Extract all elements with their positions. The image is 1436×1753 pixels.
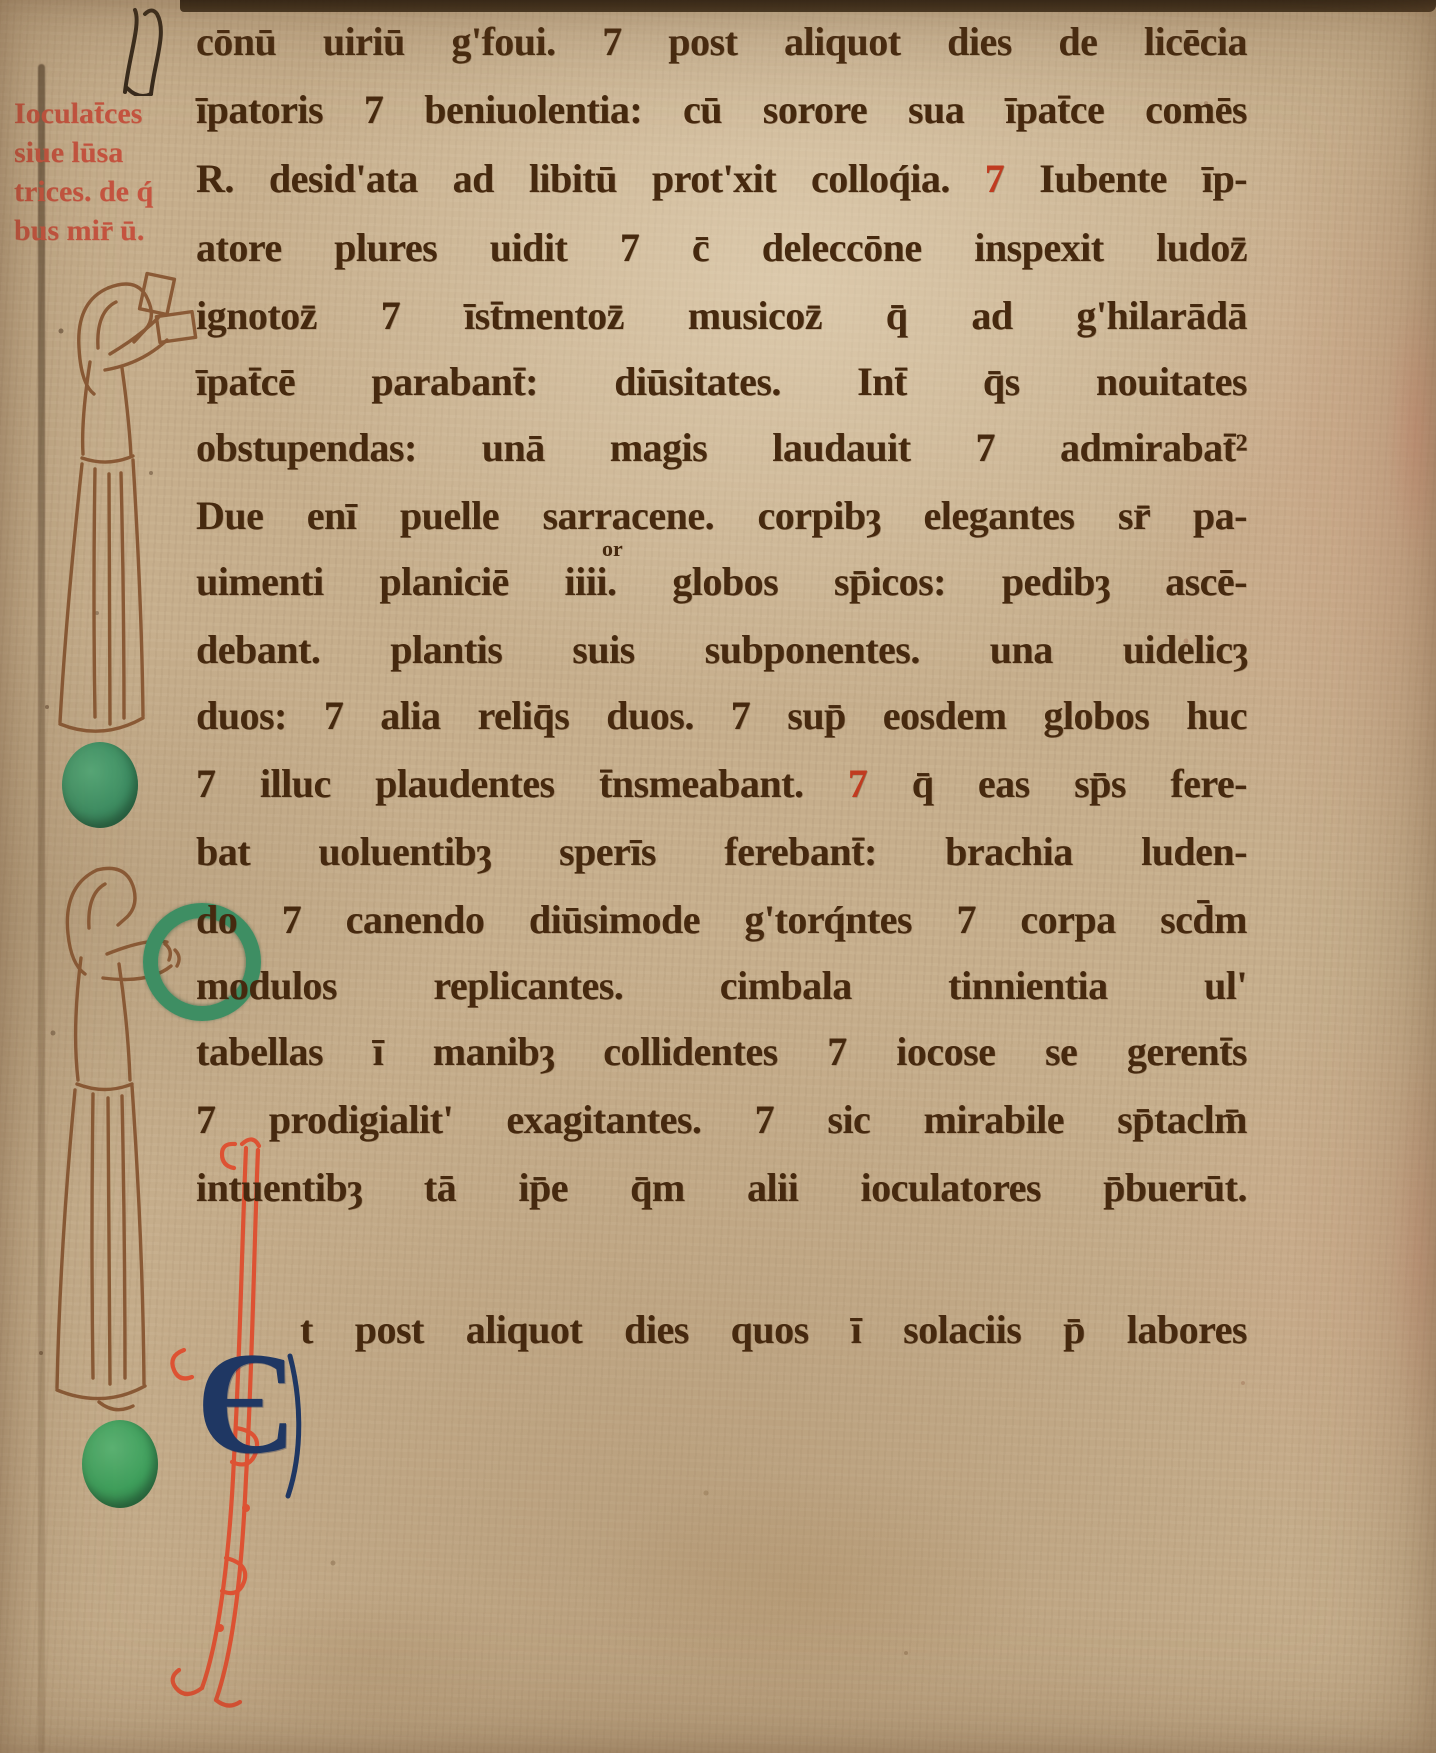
green-ball bbox=[82, 1420, 158, 1508]
text-line-with-initial: t post aliquot dies quos ī solaciis p̄ l… bbox=[300, 1306, 1247, 1370]
text-line: intuentibȝ tā ip̄e q̄m alii ioculatores … bbox=[196, 1164, 1247, 1228]
rubric-line: siue lūsa bbox=[14, 133, 198, 172]
text-line: 7 illuc plaudentes t̄nsmeabant. 7 q̄ eas… bbox=[196, 760, 1247, 824]
text-line: obstupendas: unā magis laudauit 7 admira… bbox=[196, 424, 1247, 488]
superscript-abbreviation: or bbox=[602, 536, 623, 562]
text-segment: R. desid'ata ad libitū prot'xit colloq́i… bbox=[196, 156, 985, 201]
text-line: uimenti planiciē iiii. globos sp̄icos: p… bbox=[196, 558, 1247, 622]
green-ball bbox=[62, 742, 138, 828]
pen-flourish-top bbox=[95, 4, 185, 96]
initial-tail-stroke bbox=[282, 1352, 324, 1502]
text-line: do 7 canendo diūsimode g'torq́ntes 7 cor… bbox=[196, 896, 1247, 960]
initial-letter-E: Є bbox=[196, 1330, 295, 1476]
text-line: R. desid'ata ad libitū prot'xit colloq́i… bbox=[196, 155, 1247, 219]
text-line: īpatoris 7 beniuolentia: cū sorore sua ī… bbox=[196, 86, 1247, 150]
text-segment: 7 illuc plaudentes t̄nsmeabant. bbox=[196, 761, 848, 806]
text-line: cōnū uiriū g'foui. 7 post aliquot dies d… bbox=[196, 18, 1247, 82]
text-line: 7 prodigialit' exagitantes. 7 sic mirabi… bbox=[196, 1096, 1247, 1160]
ink-speckles bbox=[0, 0, 2, 2]
parchment-stain bbox=[1386, 290, 1436, 570]
text-line: ignotoz̄ 7 īst̄mentoz̄ musicoz̄ q̄ ad g'… bbox=[196, 292, 1247, 356]
text-line: duos: 7 alia reliq̄s duos. 7 sup̄ eosdem… bbox=[196, 692, 1247, 756]
text-line: Due enī puelle sarracene. corpibȝ elegan… bbox=[196, 492, 1247, 556]
page-top-edge-shadow bbox=[180, 0, 1436, 12]
text-segment: q̄ eas sp̄s fere- bbox=[912, 761, 1247, 806]
rubric-line: Ioculat̄ces bbox=[14, 94, 198, 133]
text-line: debant. plantis suis subponentes. una ui… bbox=[196, 626, 1247, 690]
text-segment: Iubente īp- bbox=[1039, 156, 1247, 201]
parchment-stain bbox=[580, 1470, 1040, 1710]
text-line: tabellas ī manibȝ collidentes 7 iocose s… bbox=[196, 1028, 1247, 1092]
text-line: atore plures uidit 7 c̄ deleccōne inspex… bbox=[196, 224, 1247, 288]
marginal-rubric: Ioculat̄ces siue lūsa trices. de q́ bus … bbox=[14, 94, 198, 250]
text-line: īpat̄cē parabant̄: diūsitates. Int̄ q̄s … bbox=[196, 358, 1247, 422]
juggler-figure-clappers bbox=[10, 268, 200, 754]
red-tironian-et: 7 bbox=[985, 156, 1039, 201]
manuscript-page: Ioculat̄ces siue lūsa trices. de q́ bus … bbox=[0, 0, 1436, 1753]
red-tironian-et: 7 bbox=[848, 761, 912, 806]
parchment-stain bbox=[1390, 1040, 1436, 1460]
rubric-line: trices. de q́ bbox=[14, 172, 198, 211]
rubric-line: bus mir̄ ū. bbox=[14, 211, 198, 250]
text-line: modulos replicantes. cimbala tinnientia … bbox=[196, 962, 1247, 1026]
text-line: bat uoluentibȝ sperīs ferebant̄: brachia… bbox=[196, 828, 1247, 892]
